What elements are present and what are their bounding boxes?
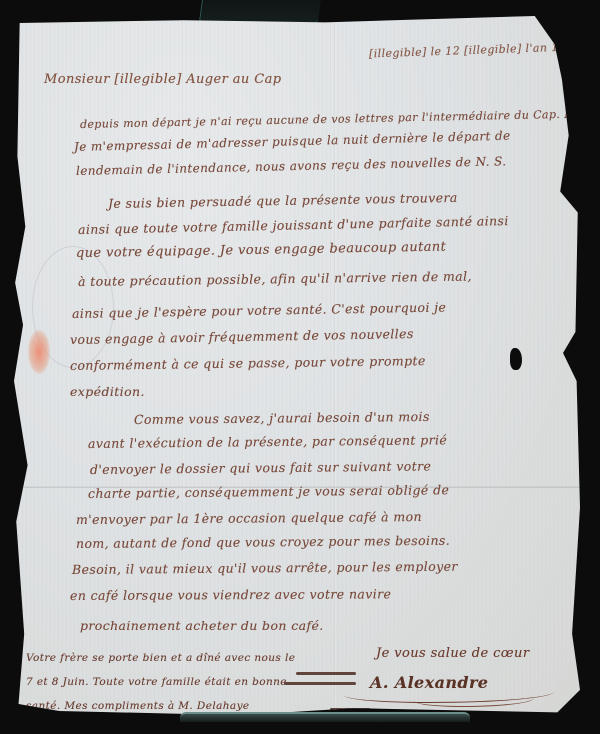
body-line: charte partie, conséquemment je vous ser… — [88, 482, 449, 501]
body-line: m'envoyer par la 1ère occasion quelque c… — [76, 509, 422, 527]
body-line: ainsi que je l'espère pour votre santé. … — [72, 299, 447, 321]
body-line: Je m'empressai de m'adresser puisque la … — [74, 129, 511, 154]
body-line: à toute précaution possible, afin qu'il … — [78, 269, 472, 289]
ink-stroke — [330, 708, 370, 710]
postscript-line: 7 et 8 Juin. Toute votre famille était e… — [26, 676, 287, 688]
body-line: Comme vous savez, j'aurai besoin d'un mo… — [134, 409, 430, 427]
signature-flourish — [414, 692, 534, 707]
body-line: expédition. — [70, 384, 145, 399]
body-line: nom, autant de fond que vous croyez pour… — [76, 533, 450, 551]
glass-clip-bottom — [180, 712, 470, 722]
body-line: conformément à ce qui se passe, pour vot… — [70, 353, 426, 373]
postscript-line: santé. Mes compliments à M. Delahaye — [26, 700, 250, 712]
body-line: Je suis bien persuadé que la présente vo… — [108, 190, 458, 211]
postscript-line: Votre frère se porte bien et a dîné avec… — [26, 652, 295, 664]
dateline: [illegible] le 12 [illegible] l'an 10 — [369, 41, 566, 61]
torn-corner — [570, 68, 598, 164]
ink-stroke — [284, 682, 356, 685]
body-line: en café lorsque vous viendrez avec votre… — [70, 586, 391, 603]
ink-stroke — [296, 672, 356, 675]
salutation: Monsieur [illegible] Auger au Cap — [44, 72, 281, 87]
body-line: d'envoyer le dossier qui vous fait sur s… — [90, 458, 431, 477]
letter-sheet: [illegible] le 12 [illegible] l'an 10 Mo… — [14, 16, 580, 718]
body-line: que votre équipage. Je vous engage beauc… — [76, 240, 447, 261]
body-line: prochainement acheter du bon café. — [80, 618, 324, 633]
body-line: depuis mon départ je n'ai reçu aucune de… — [80, 107, 600, 131]
body-line: ainsi que toute votre famille jouissant … — [78, 213, 509, 237]
body-line: Besoin, il vaut mieux qu'il vous arrête,… — [72, 559, 458, 577]
body-line: lendemain de l'intendance, nous avons re… — [76, 154, 507, 178]
photo-background: [illegible] le 12 [illegible] l'an 10 Mo… — [0, 0, 600, 734]
paper-hole — [510, 348, 522, 370]
body-line: avant l'exécution de la présente, par co… — [88, 432, 447, 451]
red-wax-mark — [28, 330, 50, 374]
body-line: vous engage à avoir fréquemment de vos n… — [70, 326, 414, 347]
closing-salutation: Je vous salue de cœur — [376, 646, 529, 661]
